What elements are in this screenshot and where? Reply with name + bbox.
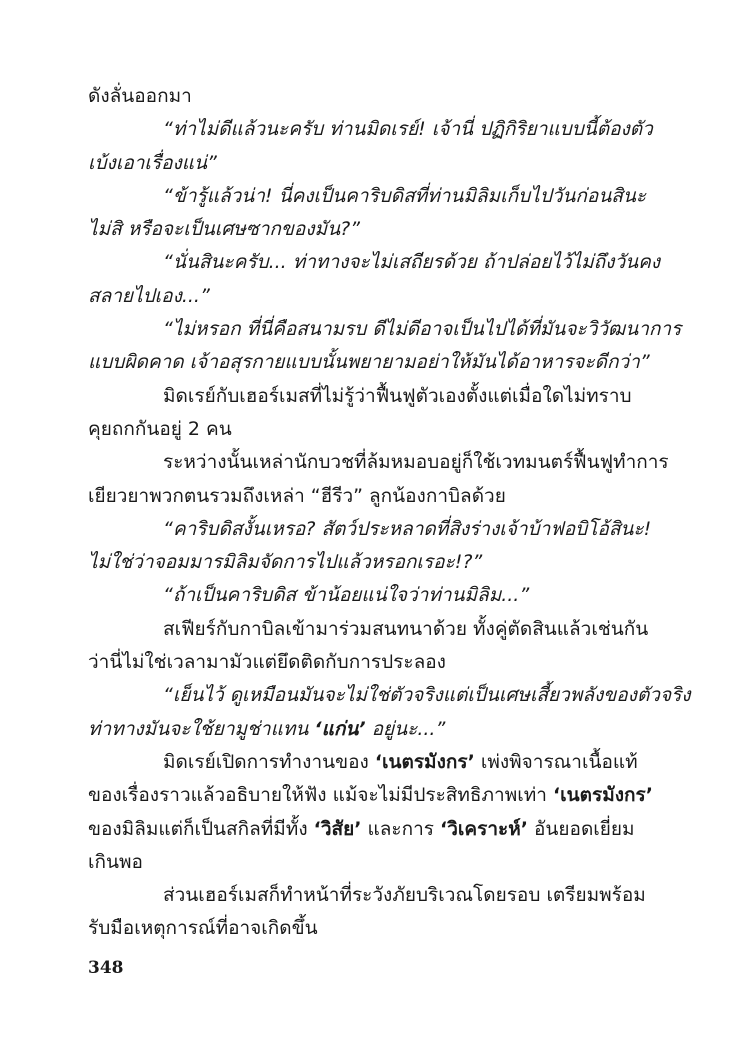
text-line: สลายไปเอง...”: [88, 280, 652, 313]
text-segment: มิดเรย์เปิดการทำงานของ: [163, 751, 375, 773]
text-line: แบบผิดคาด เจ้าอสุรกายแบบนั้นพยายามอย่าให…: [88, 346, 652, 379]
text-segment: และการ: [361, 818, 440, 840]
text-line: คุยถกกันอยู่ 2 คน: [88, 413, 652, 446]
text-line: “ไม่หรอก ที่นี่คือสนามรบ ดีไม่ดีอาจเป็นไ…: [88, 313, 652, 346]
text-segment: ท่าทางมันจะใช้ยามูช่าแทน: [88, 718, 314, 740]
text-line: ไม่ใช่ว่าจอมมารมิลิมจัดการไปแล้วหรอกเรอะ…: [88, 546, 652, 579]
text-line: รับมือเหตุการณ์ที่อาจเกิดขึ้น: [88, 912, 652, 945]
emphasized-term: ‘เนตรมังกร’: [553, 784, 653, 806]
text-segment: ของเรื่องราวแล้วอธิบายให้ฟัง แม้จะไม่มีป…: [88, 784, 553, 806]
text-line: ดังลั่นออกมา: [88, 80, 652, 113]
text-segment: อยู่นะ...”: [366, 718, 446, 740]
text-line: ส่วนเฮอร์เมสก็ทำหน้าที่ระวังภัยบริเวณโดย…: [88, 879, 652, 912]
text-line: มิดเรย์เปิดการทำงานของ ‘เนตรมังกร’ เพ่งพ…: [88, 746, 652, 779]
text-line: ว่านี่ไม่ใช่เวลามามัวแต่ยึดติดกับการประล…: [88, 646, 652, 679]
page-body: ดังลั่นออกมา“ท่าไม่ดีแล้วนะครับ ท่านมิดเ…: [88, 80, 652, 946]
emphasized-term: ‘แก่น’: [314, 718, 365, 740]
text-line: ระหว่างนั้นเหล่านักบวชที่ล้มหมอบอยู่ก็ใช…: [88, 446, 652, 479]
text-line: เบ้งเอาเรื่องแน่”: [88, 147, 652, 180]
emphasized-term: ‘วิสัย’: [314, 818, 362, 840]
text-line: “เย็นไว้ ดูเหมือนมันจะไม่ใช่ตัวจริงแต่เป…: [88, 679, 652, 712]
text-line: ของมิลิมแต่ก็เป็นสกิลที่มีทั้ง ‘วิสัย’ แ…: [88, 813, 652, 846]
text-segment: “เย็นไว้ ดูเหมือนมันจะไม่ใช่ตัวจริงแต่เป…: [163, 684, 691, 706]
text-line: “นั่นสินะครับ... ท่าทางจะไม่เสถียรด้วย ถ…: [88, 246, 652, 279]
text-line: สเฟียร์กับกาบิลเข้ามาร่วมสนทนาด้วย ทั้งค…: [88, 613, 652, 646]
page-number: 348: [88, 958, 124, 978]
text-line: “ท่าไม่ดีแล้วนะครับ ท่านมิดเรย์! เจ้านี่…: [88, 113, 652, 146]
text-line: ไม่สิ หรือจะเป็นเศษซากของมัน?”: [88, 213, 652, 246]
text-segment: อันยอดเยี่ยม: [528, 818, 635, 840]
text-line: ของเรื่องราวแล้วอธิบายให้ฟัง แม้จะไม่มีป…: [88, 779, 652, 812]
text-segment: เพ่งพิจารณาเนื้อแท้: [475, 751, 638, 773]
text-line: “คาริบดิสงั้นเหรอ? สัตว์ประหลาดที่สิงร่า…: [88, 513, 652, 546]
text-line: เกินพอ: [88, 846, 652, 879]
text-segment: ของมิลิมแต่ก็เป็นสกิลที่มีทั้ง: [88, 818, 314, 840]
text-line: เยียวยาพวกตนรวมถึงเหล่า “ฮีรีว” ลูกน้องก…: [88, 480, 652, 513]
text-line: มิดเรย์กับเฮอร์เมสที่ไม่รู้ว่าฟื้นฟูตัวเ…: [88, 380, 652, 413]
text-line: ท่าทางมันจะใช้ยามูช่าแทน ‘แก่น’ อยู่นะ..…: [88, 713, 652, 746]
emphasized-term: ‘วิเคราะห์’: [440, 818, 528, 840]
emphasized-term: ‘เนตรมังกร’: [375, 751, 475, 773]
text-line: “ข้ารู้แล้วน่า! นี่คงเป็นคาริบดิสที่ท่าน…: [88, 180, 652, 213]
text-line: “ถ้าเป็นคาริบดิส ข้าน้อยแน่ใจว่าท่านมิลิ…: [88, 579, 652, 612]
